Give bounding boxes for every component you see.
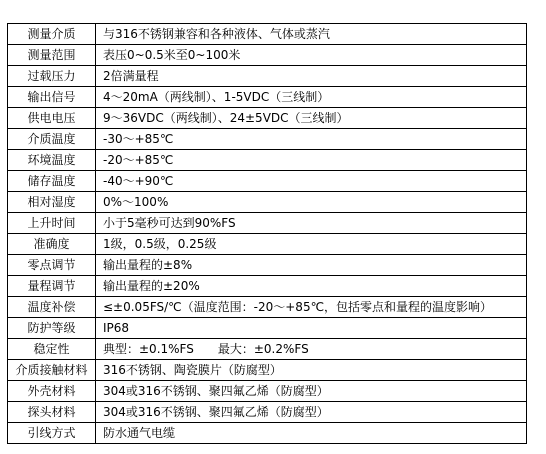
spec-value: 304或316不锈钢、聚四氟乙烯（防腐型） <box>96 381 527 402</box>
table-row: 测量范围 表压0~0.5米至0~100米 <box>8 45 527 66</box>
spec-value: -20～+85℃ <box>96 150 527 171</box>
table-row: 准确度 1级，0.5级，0.25级 <box>8 234 527 255</box>
spec-value: 防水通气电缆 <box>96 423 527 444</box>
table-row: 引线方式 防水通气电缆 <box>8 423 527 444</box>
spec-label: 上升时间 <box>8 213 96 234</box>
spec-label: 量程调节 <box>8 276 96 297</box>
table-row: 过载压力 2倍满量程 <box>8 66 527 87</box>
table-row: 零点调节 输出量程的±8% <box>8 255 527 276</box>
spec-value: ≤±0.05FS/℃（温度范围：-20～+85℃，包括零点和量程的温度影响） <box>96 297 527 318</box>
table-row: 供电电压 9～36VDC（两线制）、24±5VDC（三线制） <box>8 108 527 129</box>
spec-value: IP68 <box>96 318 527 339</box>
table-row: 相对湿度 0%～100% <box>8 192 527 213</box>
spec-value: 0%～100% <box>96 192 527 213</box>
spec-value: -40～+90℃ <box>96 171 527 192</box>
table-row: 稳定性 典型：±0.1%FS 最大：±0.2%FS <box>8 339 527 360</box>
spec-label: 温度补偿 <box>8 297 96 318</box>
table-row: 量程调节 输出量程的±20% <box>8 276 527 297</box>
spec-label: 零点调节 <box>8 255 96 276</box>
spec-value: 304或316不锈钢、聚四氟乙烯（防腐型） <box>96 402 527 423</box>
spec-label: 介质温度 <box>8 129 96 150</box>
spec-label: 过载压力 <box>8 66 96 87</box>
table-row: 温度补偿 ≤±0.05FS/℃（温度范围：-20～+85℃，包括零点和量程的温度… <box>8 297 527 318</box>
spec-table-body: 测量介质 与316不锈钢兼容和各种液体、气体或蒸汽 测量范围 表压0~0.5米至… <box>8 24 527 444</box>
spec-value: -30～+85℃ <box>96 129 527 150</box>
spec-label: 测量范围 <box>8 45 96 66</box>
table-row: 介质温度 -30～+85℃ <box>8 129 527 150</box>
spec-value: 输出量程的±20% <box>96 276 527 297</box>
spec-label: 输出信号 <box>8 87 96 108</box>
spec-label: 引线方式 <box>8 423 96 444</box>
spec-label: 探头材料 <box>8 402 96 423</box>
table-row: 输出信号 4～20mA（两线制）、1-5VDC（三线制） <box>8 87 527 108</box>
spec-label: 测量介质 <box>8 24 96 45</box>
table-row: 介质接触材料 316不锈钢、陶瓷膜片（防腐型） <box>8 360 527 381</box>
spec-label: 储存温度 <box>8 171 96 192</box>
table-row: 外壳材料 304或316不锈钢、聚四氟乙烯（防腐型） <box>8 381 527 402</box>
spec-label: 介质接触材料 <box>8 360 96 381</box>
spec-value: 2倍满量程 <box>96 66 527 87</box>
spec-label: 环境温度 <box>8 150 96 171</box>
spec-value: 9～36VDC（两线制）、24±5VDC（三线制） <box>96 108 527 129</box>
table-row: 环境温度 -20～+85℃ <box>8 150 527 171</box>
spec-value: 小于5毫秒可达到90%FS <box>96 213 527 234</box>
spec-label: 稳定性 <box>8 339 96 360</box>
spec-label: 外壳材料 <box>8 381 96 402</box>
spec-value: 316不锈钢、陶瓷膜片（防腐型） <box>96 360 527 381</box>
table-row: 测量介质 与316不锈钢兼容和各种液体、气体或蒸汽 <box>8 24 527 45</box>
spec-label: 相对湿度 <box>8 192 96 213</box>
table-row: 上升时间 小于5毫秒可达到90%FS <box>8 213 527 234</box>
spec-value: 典型：±0.1%FS 最大：±0.2%FS <box>96 339 527 360</box>
spec-value: 输出量程的±8% <box>96 255 527 276</box>
spec-value: 1级，0.5级，0.25级 <box>96 234 527 255</box>
spec-value: 与316不锈钢兼容和各种液体、气体或蒸汽 <box>96 24 527 45</box>
spec-label: 准确度 <box>8 234 96 255</box>
spec-value: 表压0~0.5米至0~100米 <box>96 45 527 66</box>
table-row: 探头材料 304或316不锈钢、聚四氟乙烯（防腐型） <box>8 402 527 423</box>
spec-label: 供电电压 <box>8 108 96 129</box>
table-row: 防护等级 IP68 <box>8 318 527 339</box>
spec-value: 4～20mA（两线制）、1-5VDC（三线制） <box>96 87 527 108</box>
table-row: 储存温度 -40～+90℃ <box>8 171 527 192</box>
spec-label: 防护等级 <box>8 318 96 339</box>
spec-table: 测量介质 与316不锈钢兼容和各种液体、气体或蒸汽 测量范围 表压0~0.5米至… <box>7 23 527 444</box>
